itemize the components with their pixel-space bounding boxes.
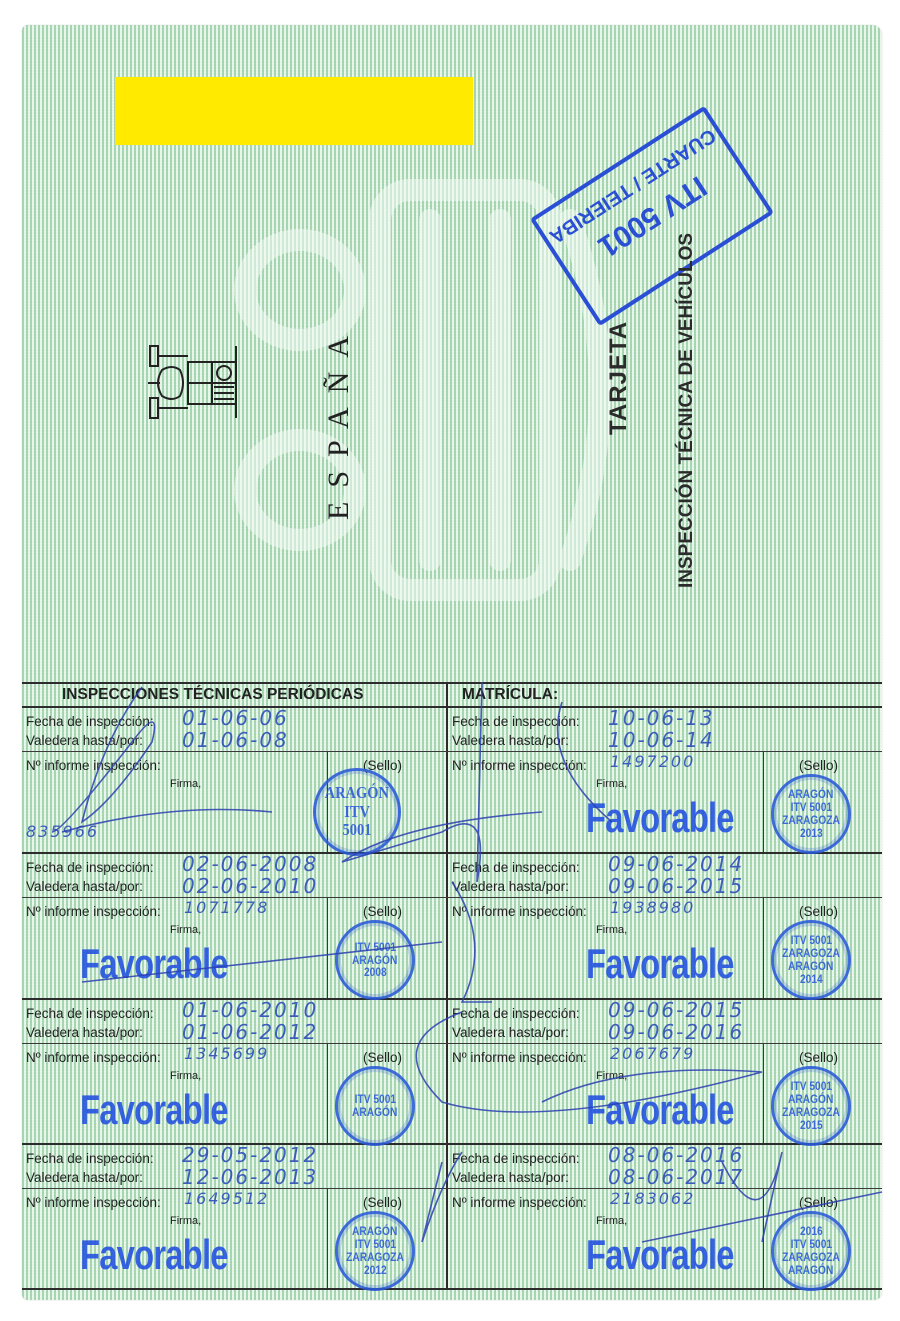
country-name: ESPAÑA xyxy=(322,322,356,520)
signature-scribbles xyxy=(22,682,882,1290)
card-subtitle: INSPECCIÓN TÉCNICA DE VEHÍCULOS xyxy=(676,233,698,588)
card-title: TARJETA xyxy=(605,321,633,435)
coat-of-arms-icon xyxy=(148,340,244,426)
redacted-block xyxy=(115,77,473,145)
inspections-table: INSPECCIONES TÉCNICAS PERIÓDICAS MATRÍCU… xyxy=(22,682,882,1290)
